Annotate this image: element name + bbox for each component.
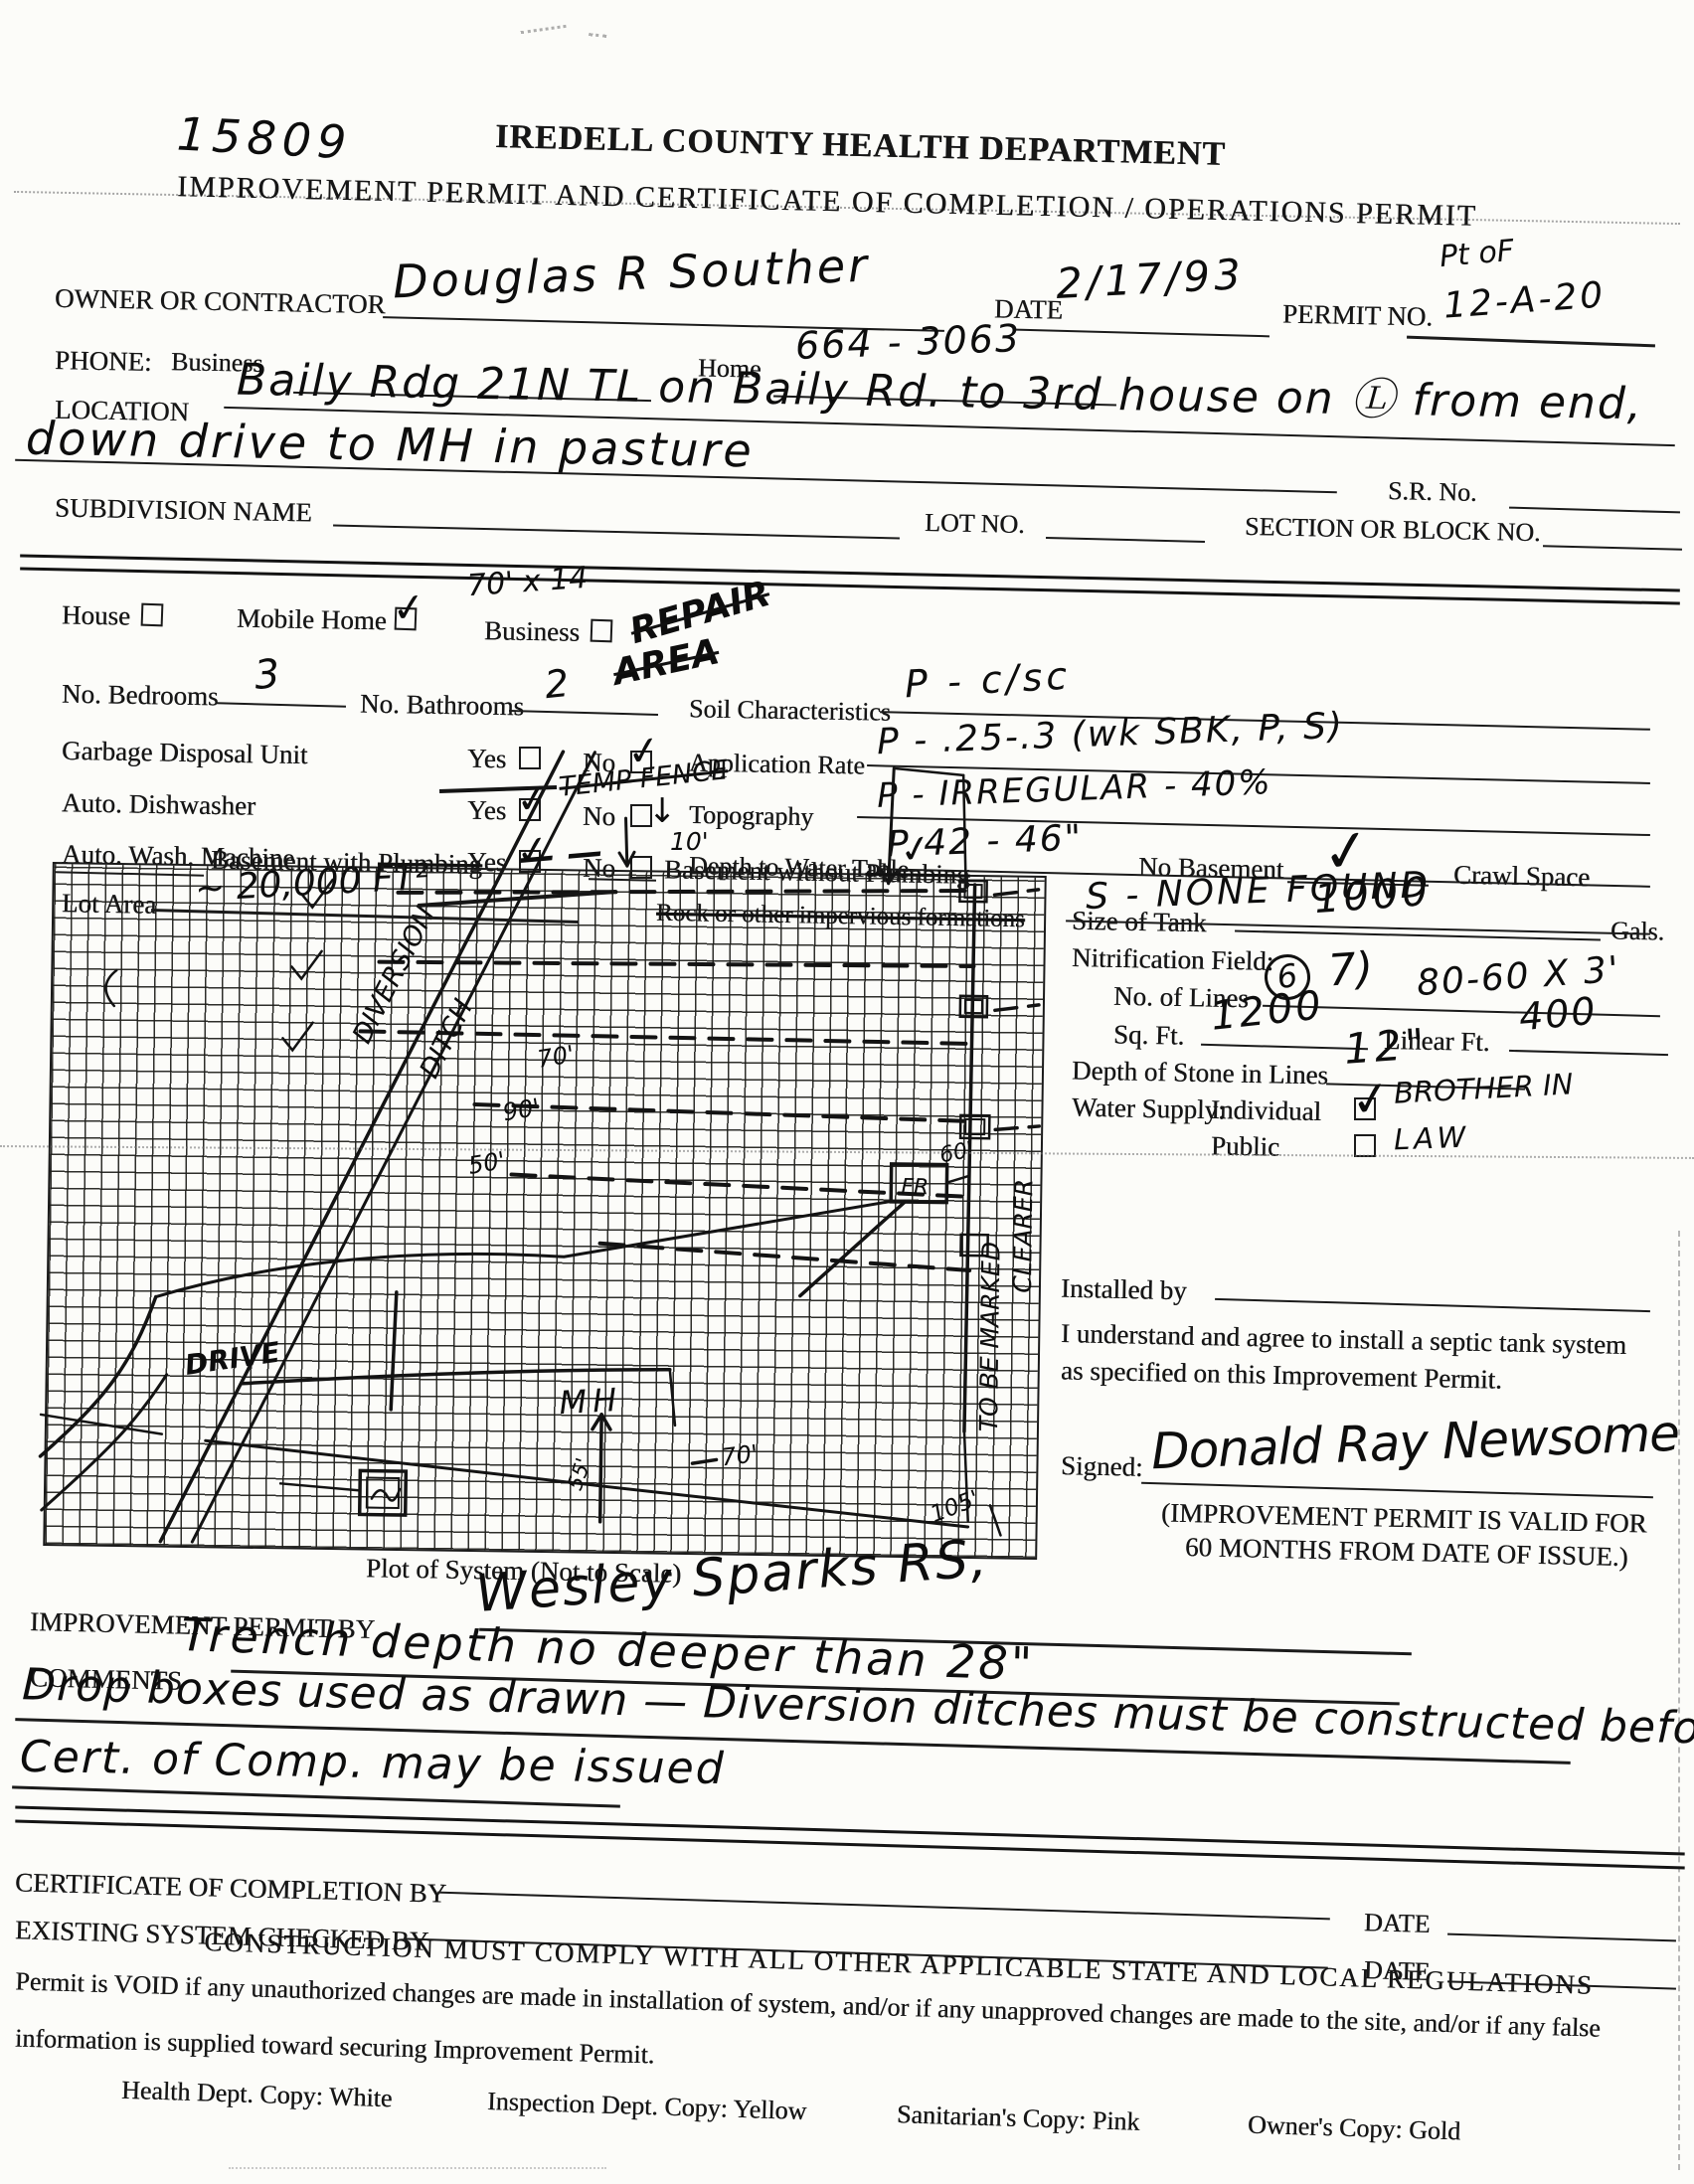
lot-no-label: LOT NO. (925, 508, 1025, 540)
signed-underline (1141, 1482, 1653, 1498)
lot-area-label: Lot Area (62, 888, 157, 921)
signed-label: Signed: (1061, 1450, 1143, 1483)
copy-health: Health Dept. Copy: White (121, 2076, 393, 2114)
void-note-2: information is supplied toward securing … (15, 2024, 655, 2071)
field-check (282, 1022, 312, 1050)
soil-label: Soil Characteristics (689, 694, 891, 728)
check-mark: ✓ (390, 584, 427, 632)
drive-curve (41, 1295, 156, 1458)
temp-down-arrow: ↓ (648, 791, 677, 831)
certificate-underline (437, 1892, 1330, 1921)
dim-70-mh-dash (692, 1459, 716, 1463)
temp-fence-arrow (625, 818, 628, 866)
fr-tick (946, 1176, 968, 1183)
side-dash (995, 1004, 1039, 1011)
subdivision-underline (333, 525, 900, 540)
section-underline (1543, 545, 1682, 550)
dim-90: 90' (501, 1093, 542, 1127)
bathrooms-underline (509, 710, 658, 716)
page-subtitle: IMPROVEMENT PERMIT AND CERTIFICATE OF CO… (177, 170, 1478, 234)
permit-no-prefix: Pt oF (1439, 234, 1516, 274)
date-underline (1016, 329, 1270, 338)
marker-bracket (894, 768, 963, 775)
scan-line-vertical (1678, 1231, 1680, 2170)
basement-with-plumbing-word: Plumbing (378, 848, 483, 880)
copy-inspection: Inspection Dept. Copy: Yellow (487, 2087, 807, 2126)
copy-owner: Owner's Copy: Gold (1248, 2110, 1461, 2147)
scan-speck-row (229, 2167, 606, 2169)
drive-tick (391, 1292, 397, 1410)
house-checkbox (141, 603, 164, 627)
basement-dashes: — — (517, 831, 604, 879)
public-checkbox (1354, 1134, 1376, 1157)
diversion-label: DIVERSION (347, 902, 441, 1049)
check-mark: ✓ (1347, 1069, 1395, 1129)
side-dash (995, 1125, 1039, 1130)
bedrooms-label: No. Bedrooms (62, 679, 219, 713)
drop-box (965, 1119, 984, 1134)
public-label: Public (1211, 1130, 1280, 1162)
basement-with-label: Basement with Plumbing (211, 845, 483, 881)
to-be-marked-label: TO BE MARKED (974, 1242, 1006, 1432)
mobile-home-size-note: 70' x 14 (466, 561, 590, 603)
linear-value: 400 (1517, 989, 1599, 1040)
mh-end-line (669, 1370, 676, 1426)
ditch-hook (105, 970, 116, 1006)
mobile-home-checkbox: ✓ (395, 607, 418, 631)
bathrooms-value: 2 (543, 661, 572, 707)
field-line (379, 958, 973, 970)
soil-value: P - c/sc (904, 654, 1072, 707)
dim-70-field: 70' (535, 1040, 576, 1074)
ditch-label: DITCH (414, 994, 479, 1083)
nitrification-label: Nitrification Field: (1072, 942, 1274, 977)
certificate-label: CERTIFICATE OF COMPLETION BY (15, 1867, 447, 1909)
well-line (280, 1483, 360, 1490)
form-number: 15809 (176, 106, 354, 169)
field-line (599, 1244, 969, 1270)
mh-label: MH (558, 1381, 623, 1422)
agreement-text-2: as specified on this Improvement Permit. (1061, 1355, 1502, 1395)
dim-105: 105' (927, 1486, 982, 1528)
dim-55: 55' (563, 1455, 595, 1494)
basement-without-prefix: Basement without (664, 854, 859, 887)
side-dash (994, 889, 1038, 896)
linear-underline (1509, 1050, 1668, 1056)
phone-label: PHONE: (55, 345, 152, 378)
copy-sanitarian: Sanitarian's Copy: Pink (897, 2100, 1140, 2137)
sr-no-underline (1509, 507, 1680, 514)
bathrooms-label: No. Bathrooms (360, 689, 525, 723)
bedrooms-underline (217, 702, 346, 707)
business-checkbox (591, 619, 613, 643)
agreement-text-1: I understand and agree to install a sept… (1061, 1318, 1627, 1361)
stone-value: 12" (1342, 1019, 1430, 1074)
left-short-line (41, 1415, 162, 1434)
date-value: 2/17/93 (1055, 250, 1246, 308)
road-top-line (156, 1192, 889, 1307)
house-label: House (62, 599, 131, 631)
comment-line-3: Cert. of Comp. may be issued (20, 1732, 727, 1794)
water-supply-label: Water Supply: (1072, 1092, 1226, 1126)
stone-label: Depth of Stone in Lines (1072, 1056, 1329, 1092)
bottom-divider-rule (15, 1806, 1684, 1856)
well-scribble (372, 1489, 400, 1501)
permit-no-label: PERMIT NO. (1282, 299, 1434, 333)
water-note-1: BROTHER IN (1393, 1067, 1574, 1109)
subdivision-label: SUBDIVISION NAME (55, 493, 312, 529)
temp-dim: 10' (670, 827, 709, 856)
permit-no-underline (1407, 336, 1655, 348)
business-label: Business (484, 615, 581, 648)
dim-105-tick (989, 1505, 1000, 1535)
scan-speck (521, 25, 568, 39)
owner-label: OWNER OR CONTRACTOR (55, 283, 386, 320)
installer-signature: Donald Ray Newsome (1150, 1405, 1680, 1480)
mobile-home-label: Mobile Home (237, 603, 387, 637)
permit-form-page: 15809 IREDELL COUNTY HEALTH DEPARTMENT I… (0, 0, 1694, 2184)
clearer-label: CLEARER (1008, 1179, 1039, 1293)
certificate-date-label: DATE (1364, 1908, 1431, 1939)
installed-by-underline (1215, 1298, 1650, 1312)
dim-70-mh: 70' (720, 1439, 760, 1471)
water-note-2: LAW (1393, 1120, 1469, 1157)
individual-checkbox: ✓ (1354, 1097, 1376, 1120)
well-box-inner (367, 1478, 399, 1508)
page-title: IREDELL COUNTY HEALTH DEPARTMENT (495, 118, 1227, 174)
owner-value: Douglas R Souther (392, 239, 871, 309)
drive-label: DRIVE (183, 1336, 282, 1382)
scan-speck (589, 33, 607, 42)
fr-box-label: FR (901, 1175, 929, 1200)
dim-55-arrow (600, 1415, 602, 1522)
permit-no-value: 12-A-20 (1442, 274, 1608, 326)
certificate-date-underline (1447, 1933, 1676, 1942)
crawl-space-label: Crawl Space (1453, 860, 1591, 894)
field-line (474, 1104, 971, 1121)
section-label: SECTION OR BLOCK NO. (1245, 512, 1541, 548)
sqft-label: Sq. Ft. (1113, 1019, 1185, 1051)
basement-with-prefix: Basement with (211, 845, 372, 878)
installed-by-label: Installed by (1061, 1273, 1187, 1307)
plot-grid: DIVERSION DITCH 70' 90' 50' 60' FR DRIVE… (43, 862, 1047, 1560)
individual-label: Individual (1211, 1094, 1322, 1127)
sr-no-label: S.R. No. (1388, 476, 1477, 508)
repair-area-note-2: AREA (609, 631, 723, 694)
lot-no-underline (1046, 537, 1205, 543)
field-check (291, 950, 321, 978)
bedrooms-value: 3 (253, 651, 281, 699)
valid-note-2: 60 MONTHS FROM DATE OF ISSUE.) (1185, 1532, 1628, 1573)
lines-rest-value: 7) (1326, 942, 1375, 996)
dim-50: 50' (466, 1146, 507, 1180)
